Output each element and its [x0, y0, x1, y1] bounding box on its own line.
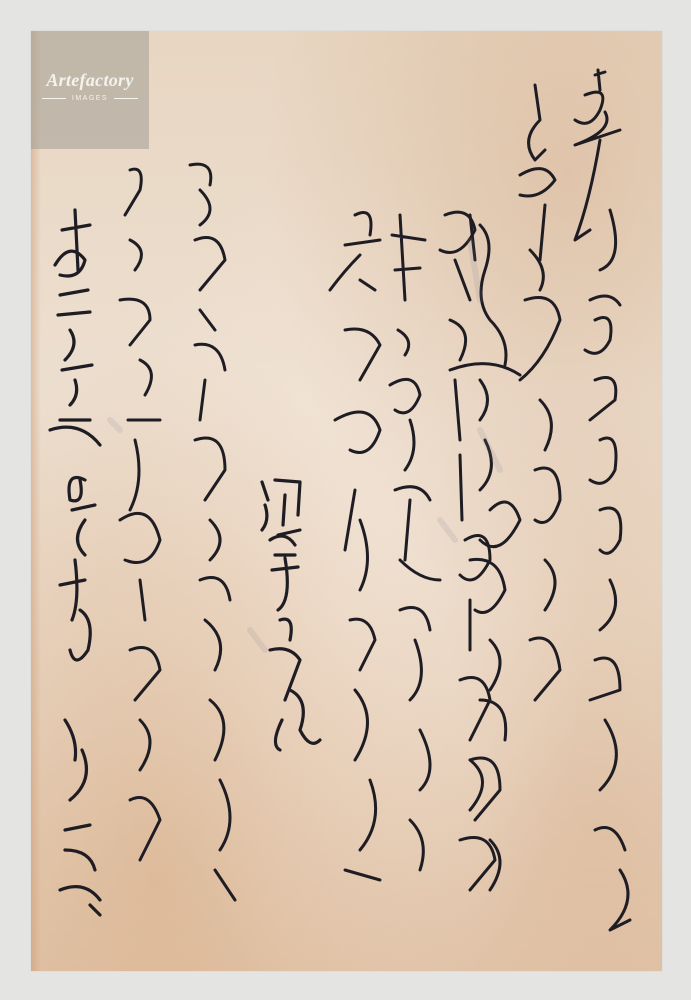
watermark-subtitle-row: IMAGES — [42, 95, 138, 102]
calligraphy-ink-strokes — [0, 0, 691, 1000]
watermark-title: Artefactory — [46, 71, 133, 89]
watermark-subtitle: IMAGES — [72, 95, 108, 102]
divider-line — [42, 98, 66, 99]
divider-line — [114, 98, 138, 99]
watermark-logo: Artefactory IMAGES — [31, 31, 149, 149]
